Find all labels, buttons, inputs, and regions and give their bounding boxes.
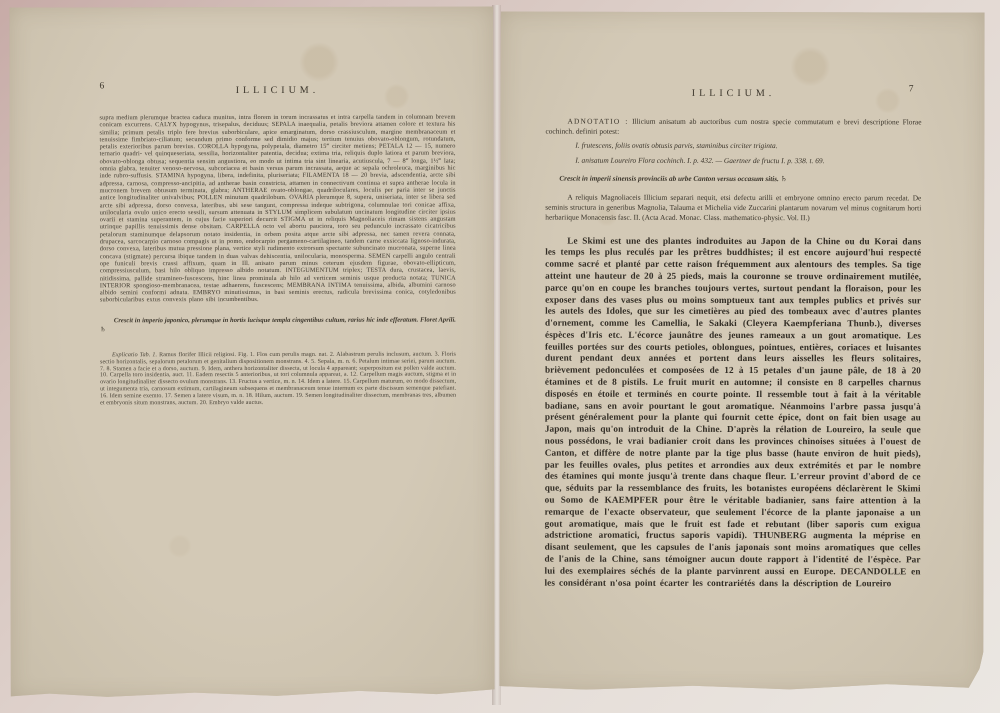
- french-commentary-paragraph: Le Skimi est une des plantes indroduites…: [545, 235, 922, 590]
- page-number: 6: [99, 81, 104, 91]
- left-page-header: 6 ILLICIUM.: [99, 85, 455, 100]
- plate-explanation-text: Ramus florifer Illicii religiosi. Fig. 1…: [100, 351, 456, 406]
- adnotatio-paragraph: ADNOTATIO : Illicium anisatum ab auctori…: [545, 117, 921, 137]
- latin-description-paragraph: supra medium plerumque bractea caduca mu…: [100, 114, 456, 304]
- running-title: ILLICIUM.: [546, 88, 922, 100]
- right-page-header: ILLICIUM. 7: [546, 88, 922, 103]
- adnotatio-label: ADNOTATIO :: [567, 117, 628, 126]
- diagnosis-line: I. frutescens, foliis ovatis obtusis par…: [575, 141, 921, 151]
- right-page-content: ILLICIUM. 7 ADNOTATIO : Illicium anisatu…: [499, 11, 984, 692]
- left-page-content: 6 ILLICIUM. supra medium plerumque bract…: [9, 6, 494, 698]
- book-scan-backdrop: 6 ILLICIUM. supra medium plerumque bract…: [0, 0, 1000, 713]
- running-title: ILLICIUM.: [99, 85, 455, 97]
- habitat-note: Crescit in imperii sinensis provinciis a…: [545, 175, 921, 185]
- plate-explanation-label: Explicatio Tab. 1.: [112, 352, 157, 358]
- left-page: 6 ILLICIUM. supra medium plerumque bract…: [9, 6, 494, 698]
- synonymy-line: I. anisatum Loureiro Flora cochinch. I. …: [575, 155, 921, 165]
- page-number: 7: [909, 84, 914, 94]
- right-page: ILLICIUM. 7 ADNOTATIO : Illicium anisatu…: [499, 11, 984, 692]
- habitat-note: Crescit in imperio japonico, plerumque i…: [100, 315, 456, 334]
- remark-paragraph: A reliquis Magnoliaceis Illicium separar…: [545, 193, 921, 223]
- plate-explanation: Explicatio Tab. 1. Ramus florifer Illici…: [100, 351, 456, 407]
